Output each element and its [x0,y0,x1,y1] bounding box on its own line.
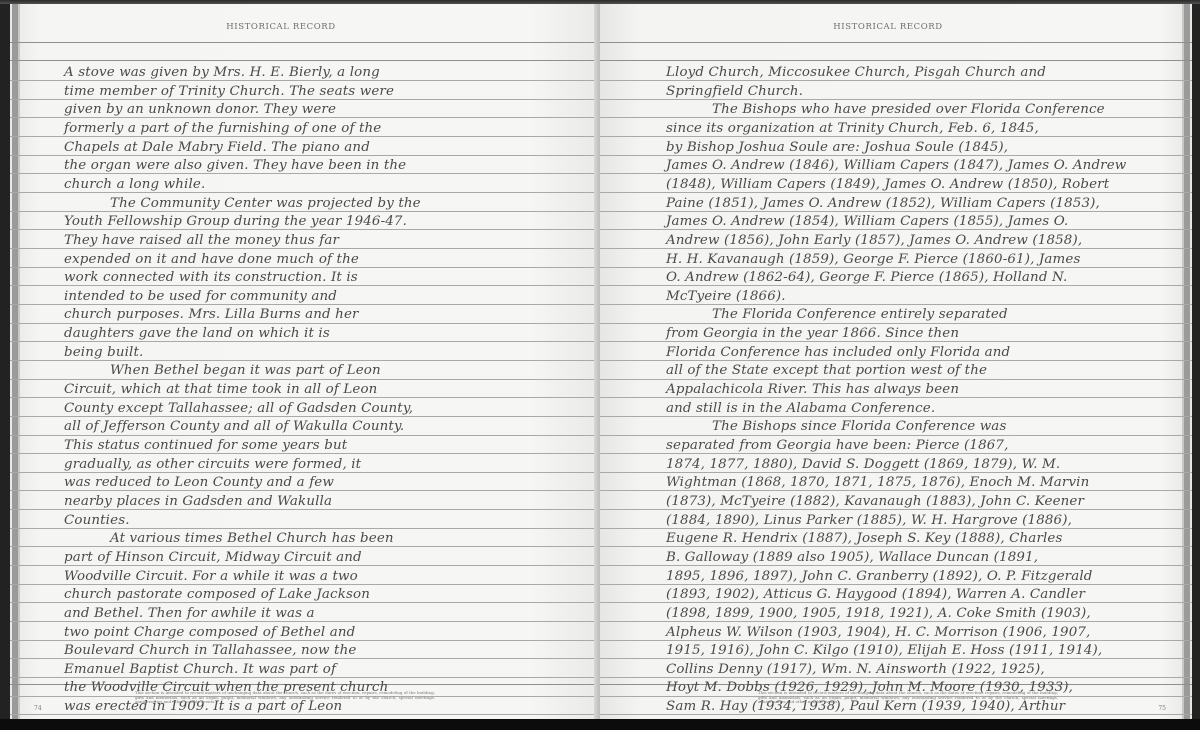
handwritten-line: 1915, 1916), John C. Kilgo (1910), Elija… [666,641,1102,660]
handwritten-line: was reduced to Leon County and a few [64,473,334,492]
handwritten-line: This status continued for some years but [64,436,347,455]
handwritten-line: The Florida Conference entirely separate… [666,305,1008,324]
handwritten-line: from Georgia in the year 1866. Since the… [666,324,959,343]
handwritten-line: H. H. Kavanaugh (1859), George F. Pierce… [666,250,1081,269]
handwritten-line: since its organization at Trinity Church… [666,119,1039,138]
left-page-edge [12,4,20,720]
handwritten-line: The Bishops who have presided over Flori… [666,100,1105,119]
book-bottom-edge [0,719,1200,730]
right-page-number: 75 [1158,705,1166,712]
handwritten-line: Woodville Circuit. For a while it was a … [64,567,358,586]
handwritten-line: formerly a part of the furnishing of one… [64,119,381,138]
handwritten-line: nearby places in Gadsden and Wakulla [64,492,332,511]
right-page: HISTORICAL RECORD Lloyd Church, Miccosuk… [600,4,1192,720]
handwritten-line: church purposes. Mrs. Lilla Burns and he… [64,305,359,324]
handwritten-line: all of Jefferson County and all of Wakul… [64,417,404,436]
handwritten-line: two point Charge composed of Bethel and [64,623,355,642]
handwritten-line: Appalachicola River. This has always bee… [666,380,959,399]
handwritten-line: and still is in the Alabama Conference. [666,399,935,418]
header-rule [10,60,600,61]
handwritten-line: McTyeire (1866). [666,287,786,306]
handwritten-line: Lloyd Church, Miccosukee Church, Pisgah … [666,63,1046,82]
handwritten-line: given by an unknown donor. They were [64,100,336,119]
handwritten-line: church pastorate composed of Lake Jackso… [64,585,370,604]
handwritten-line: Wightman (1868, 1870, 1871, 1875, 1876),… [666,473,1089,492]
handwritten-line: Chapels at Dale Mabry Field. The piano a… [64,138,370,157]
header-rule [600,42,1192,43]
handwritten-line: Alpheus W. Wilson (1903, 1904), H. C. Mo… [666,623,1090,642]
handwritten-line: Eugene R. Hendrix (1887), Joseph S. Key … [666,529,1063,548]
handwritten-line: the organ were also given. They have bee… [64,156,406,175]
handwritten-line: by Bishop Joshua Soule are: Joshua Soule… [666,138,1008,157]
right-page-edge [1182,4,1190,720]
handwritten-line: part of Hinson Circuit, Midway Circuit a… [64,548,362,567]
handwritten-line: and Bethel. Then for awhile it was a [64,604,315,623]
handwritten-line: James O. Andrew (1854), William Capers (… [666,212,1068,231]
handwritten-line: O. Andrew (1862-64), George F. Pierce (1… [666,268,1067,287]
handwritten-line: B. Galloway (1889 also 1905), Wallace Du… [666,548,1038,567]
handwritten-line: (1848), William Capers (1849), James O. … [666,175,1109,194]
handwritten-line: Boulevard Church in Tallahassee, now the [64,641,356,660]
handwritten-line: being built. [64,343,143,362]
handwritten-line: Springfield Church. [666,82,803,101]
handwritten-line: The Community Center was projected by th… [64,194,421,213]
handwritten-line: Circuit, which at that time took in all … [64,380,377,399]
handwritten-line: gradually, as other circuits were formed… [64,455,361,474]
header-rule [600,60,1192,61]
handwritten-line: work connected with its construction. It… [64,268,358,287]
handwritten-line: When Bethel began it was part of Leon [64,361,381,380]
handwritten-line: At various times Bethel Church has been [64,529,394,548]
left-page-footnote: This section is intended to record matte… [135,691,435,705]
handwritten-line: County except Tallahassee; all of Gadsde… [64,399,413,418]
handwritten-line: Youth Fellowship Group during the year 1… [64,212,407,231]
handwritten-line: The Bishops since Florida Conference was [666,417,1006,436]
handwritten-line: church a long while. [64,175,205,194]
handwritten-line: all of the State except that portion wes… [666,361,987,380]
right-page-footnote: This section is intended to record matte… [758,691,1058,705]
handwritten-line: A stove was given by Mrs. H. E. Bierly, … [64,63,380,82]
handwritten-line: (1898, 1899, 1900, 1905, 1918, 1921), A.… [666,604,1091,623]
handwritten-line: daughters gave the land on which it is [64,324,330,343]
handwritten-line: (1893, 1902), Atticus G. Haygood (1894),… [666,585,1085,604]
handwritten-line: time member of Trinity Church. The seats… [64,82,394,101]
handwritten-line: Emanuel Baptist Church. It was part of [64,660,336,679]
book-spread: HISTORICAL RECORD A stove was given by M… [0,4,1200,720]
handwritten-line: They have raised all the money thus far [64,231,339,250]
handwritten-line: Counties. [64,511,130,530]
handwritten-line: separated from Georgia have been: Pierce… [666,436,1009,455]
handwritten-line: (1884, 1890), Linus Parker (1885), W. H.… [666,511,1072,530]
handwritten-line: expended on it and have done much of the [64,250,359,269]
handwritten-line: Collins Denny (1917), Wm. N. Ainsworth (… [666,660,1045,679]
handwritten-line: 1895, 1896, 1897), John C. Granberry (18… [666,567,1093,586]
left-page-number: 74 [34,705,42,712]
handwritten-line: Paine (1851), James O. Andrew (1852), Wi… [666,194,1100,213]
handwritten-line: 1874, 1877, 1880), David S. Doggett (186… [666,455,1060,474]
handwritten-line: Andrew (1856), John Early (1857), James … [666,231,1082,250]
handwritten-line: James O. Andrew (1846), William Capers (… [666,156,1126,175]
header-rule [10,42,600,43]
handwritten-line: (1873), McTyeire (1882), Kavanaugh (1883… [666,492,1084,511]
left-page: HISTORICAL RECORD A stove was given by M… [10,4,600,720]
handwritten-line: intended to be used for community and [64,287,337,306]
handwritten-line: Florida Conference has included only Flo… [666,343,1010,362]
right-page-header: HISTORICAL RECORD [600,22,1184,32]
left-page-header: HISTORICAL RECORD [10,22,576,32]
